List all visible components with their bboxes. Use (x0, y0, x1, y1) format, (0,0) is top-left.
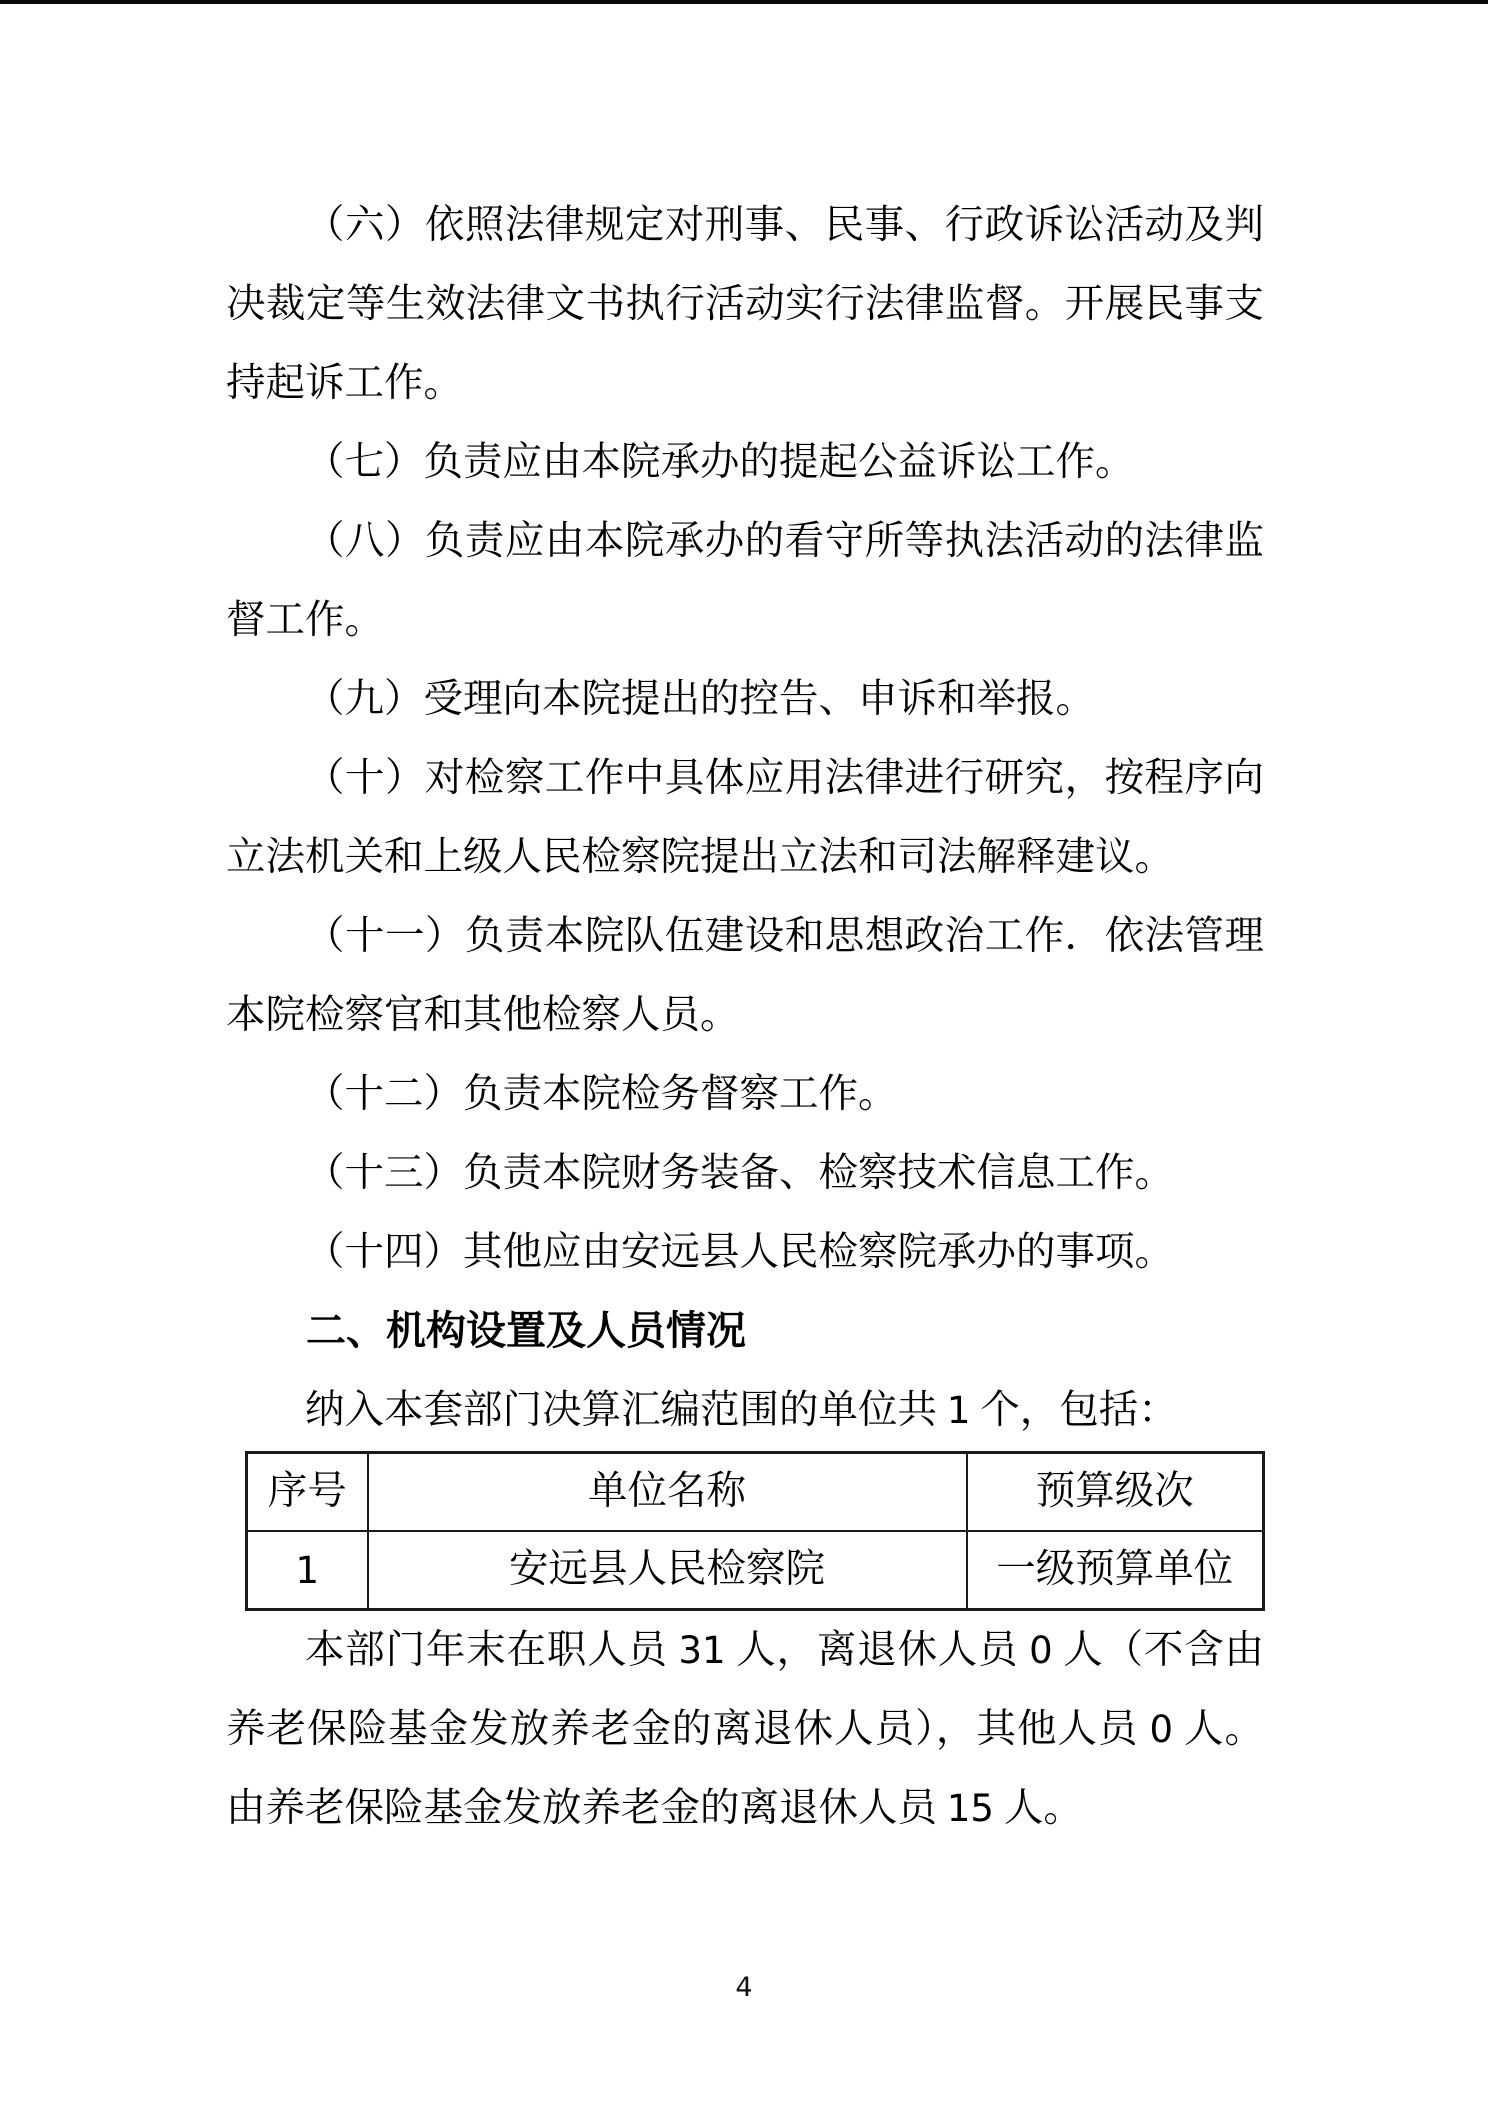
table-header-budget-level: 预算级次 (967, 1453, 1264, 1532)
duty-item-9: （九）受理向本院提出的控告、申诉和举报。 (226, 660, 1264, 739)
document-page: （六）依照法律规定对刑事、民事、行政诉讼活动及判决裁定等生效法律文书执行活动实行… (0, 0, 1488, 2104)
page-number: 4 (0, 1972, 1488, 2003)
table-row: 1 安远县人民检察院 一级预算单位 (247, 1531, 1264, 1610)
document-content: （六）依照法律规定对刑事、民事、行政诉讼活动及判决裁定等生效法律文书执行活动实行… (226, 186, 1264, 1848)
table-header-index: 序号 (247, 1453, 368, 1532)
duty-item-14: （十四）其他应由安远县人民检察院承办的事项。 (226, 1213, 1264, 1292)
table-cell-index: 1 (247, 1531, 368, 1610)
inline-number: 0 (1150, 1708, 1174, 1751)
duty-item-10: （十）对检察工作中具体应用法律进行研究，按程序向立法机关和上级人民检察院提出立法… (226, 739, 1264, 897)
inline-number: 1 (947, 1389, 971, 1432)
duty-item-8: （八）负责应由本院承办的看守所等执法活动的法律监督工作。 (226, 502, 1264, 660)
table-header-row: 序号 单位名称 预算级次 (247, 1453, 1264, 1532)
inline-text: 人。 (994, 1786, 1083, 1830)
inline-number: 15 (947, 1787, 994, 1830)
inline-text: 本部门年末在职人员 (305, 1628, 678, 1672)
table-cell-budget-level: 一级预算单位 (967, 1531, 1264, 1610)
table-cell-unit-name: 安远县人民检察院 (368, 1531, 967, 1610)
section-heading: 二、机构设置及人员情况 (226, 1292, 1264, 1371)
duty-item-12: （十二）负责本院检务督察工作。 (226, 1055, 1264, 1134)
inline-text: 纳入本套部门决算汇编范围的单位共 (305, 1388, 947, 1432)
intro-paragraph: 纳入本套部门决算汇编范围的单位共 1 个，包括： (226, 1371, 1264, 1450)
top-edge-divider (0, 0, 1488, 4)
inline-text: 个，包括： (970, 1388, 1177, 1432)
duty-item-7: （七）负责应由本院承办的提起公益诉讼工作。 (226, 423, 1264, 502)
inline-number: 0 (1029, 1629, 1053, 1672)
inline-number: 31 (678, 1629, 725, 1672)
table-header-unit-name: 单位名称 (368, 1453, 967, 1532)
staffing-paragraph: 本部门年末在职人员 31 人，离退休人员 0 人（不含由养老保险基金发放养老金的… (226, 1611, 1264, 1848)
org-units-table: 序号 单位名称 预算级次 1 安远县人民检察院 一级预算单位 (245, 1451, 1265, 1611)
duty-item-6: （六）依照法律规定对刑事、民事、行政诉讼活动及判决裁定等生效法律文书执行活动实行… (226, 186, 1264, 423)
duty-item-13: （十三）负责本院财务装备、检察技术信息工作。 (226, 1134, 1264, 1213)
duty-item-11: （十一）负责本院队伍建设和思想政治工作．依法管理本院检察官和其他检察人员。 (226, 897, 1264, 1055)
inline-text: 人，离退休人员 (726, 1628, 1030, 1672)
